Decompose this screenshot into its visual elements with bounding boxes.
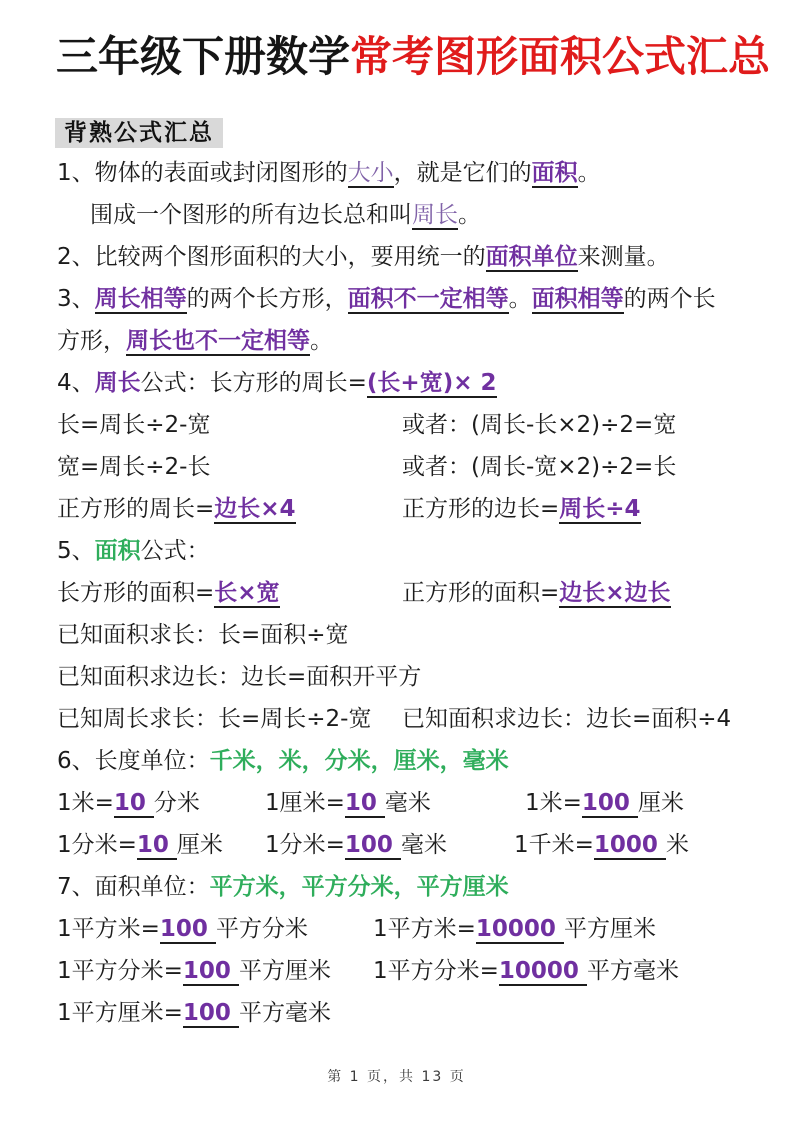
text-chunk: 或者：(周长-宽×2)÷2=长 bbox=[402, 446, 676, 488]
text-chunk: 1分米=10 厘米 bbox=[57, 824, 223, 866]
text-chunk: 正方形的面积=边长×边长 bbox=[402, 572, 671, 614]
text-segment: 1000 bbox=[594, 832, 666, 860]
text-segment: 平方厘米 bbox=[564, 916, 656, 942]
text-segment: 100 bbox=[183, 958, 239, 986]
text-segment: 面积不一定相等 bbox=[348, 286, 509, 314]
text-chunk: 1米=100 厘米 bbox=[525, 782, 684, 824]
text-segment: 围成一个图形的所有边长总和叫 bbox=[90, 202, 412, 228]
text-line: 1平方分米=100 平方厘米1平方分米=10000 平方毫米 bbox=[57, 950, 767, 992]
text-segment: 平方毫米 bbox=[239, 1000, 331, 1026]
text-line: 1平方米=100 平方分米1平方米=10000 平方厘米 bbox=[57, 908, 767, 950]
text-segment: 已知面积求边长：边长=面积÷4 bbox=[402, 706, 731, 732]
text-segment: 边长×4 bbox=[214, 496, 295, 524]
page-title: 三年级下册数学常考图形面积公式汇总 bbox=[56, 32, 770, 84]
text-segment: 10 bbox=[345, 790, 385, 818]
text-segment: 10000 bbox=[476, 916, 564, 944]
text-segment: 周长相等 bbox=[95, 286, 187, 314]
text-line: 1平方厘米=100 平方毫米 bbox=[57, 992, 767, 1034]
text-chunk: 1分米=100 毫米 bbox=[265, 824, 447, 866]
text-segment: 7、面积单位： bbox=[57, 874, 210, 900]
text-line: 1米=10 分米1厘米=10 毫米1米=100 厘米 bbox=[57, 782, 767, 824]
text-line: 7、面积单位：平方米，平方分米，平方厘米 bbox=[57, 866, 767, 908]
text-segment: 公式：长方形的周长= bbox=[141, 370, 367, 396]
text-chunk: 1平方米=100 平方分米 bbox=[57, 908, 308, 950]
text-segment: 毫米 bbox=[385, 790, 431, 816]
text-segment: 的两个长方形， bbox=[187, 286, 348, 312]
text-chunk: 7、面积单位：平方米，平方分米，平方厘米 bbox=[57, 866, 509, 908]
text-line: 1分米=10 厘米1分米=100 毫米1千米=1000 米 bbox=[57, 824, 767, 866]
text-line: 5、面积公式： bbox=[57, 530, 767, 572]
text-chunk: 1、物体的表面或封闭图形的大小，就是它们的面积。 bbox=[57, 152, 601, 194]
text-chunk: 1厘米=10 毫米 bbox=[265, 782, 431, 824]
text-segment: 面积单位 bbox=[486, 244, 578, 272]
text-segment: 周长 bbox=[95, 370, 141, 396]
text-segment: 10000 bbox=[499, 958, 587, 986]
text-line: 已知面积求长：长=面积÷宽 bbox=[57, 614, 767, 656]
text-segment: 平方毫米 bbox=[587, 958, 679, 984]
text-segment: 100 bbox=[345, 832, 401, 860]
text-segment: 周长÷4 bbox=[559, 496, 640, 524]
text-segment: 平方分米 bbox=[216, 916, 308, 942]
page-title-black: 三年级下册数学 bbox=[56, 35, 350, 81]
text-chunk: 6、长度单位：千米，米，分米，厘米，毫米 bbox=[57, 740, 509, 782]
text-line: 3、周长相等的两个长方形，面积不一定相等。面积相等的两个长 bbox=[57, 278, 767, 320]
text-chunk: 已知面积求边长：边长=面积开平方 bbox=[57, 656, 421, 698]
text-segment: 长方形的面积= bbox=[57, 580, 214, 606]
text-segment: 宽=周长÷2-长 bbox=[57, 454, 210, 480]
text-segment: 6、长度单位： bbox=[57, 748, 210, 774]
text-segment: 。 bbox=[458, 202, 481, 228]
text-segment: 分米 bbox=[154, 790, 200, 816]
text-segment: 100 bbox=[582, 790, 638, 818]
text-segment: 4、 bbox=[57, 370, 95, 396]
text-segment: 方形， bbox=[57, 328, 126, 354]
text-segment: 长×宽 bbox=[214, 580, 279, 608]
text-line: 宽=周长÷2-长或者：(周长-宽×2)÷2=长 bbox=[57, 446, 767, 488]
text-segment: 边长×边长 bbox=[559, 580, 670, 608]
text-chunk: 正方形的边长=周长÷4 bbox=[402, 488, 641, 530]
text-segment: 1米= bbox=[57, 790, 114, 816]
text-segment: 平方米，平方分米，平方厘米 bbox=[210, 874, 509, 900]
text-segment: 平方厘米 bbox=[239, 958, 331, 984]
text-segment: 千米，米，分米，厘米，毫米 bbox=[210, 748, 509, 774]
text-segment: 已知面积求边长：边长=面积开平方 bbox=[57, 664, 421, 690]
text-segment: 1平方厘米= bbox=[57, 1000, 183, 1026]
text-chunk: 1平方分米=10000 平方毫米 bbox=[373, 950, 679, 992]
text-segment: (长+宽)× 2 bbox=[367, 370, 497, 398]
text-chunk: 方形，周长也不一定相等。 bbox=[57, 320, 333, 362]
text-chunk: 已知周长求长：长=周长÷2-宽 bbox=[57, 698, 371, 740]
text-segment: 1米= bbox=[525, 790, 582, 816]
text-segment: 或者：(周长-长×2)÷2=宽 bbox=[402, 412, 676, 438]
text-segment: 已知面积求长：长=面积÷宽 bbox=[57, 622, 349, 648]
text-segment: 厘米 bbox=[638, 790, 684, 816]
text-segment: 周长也不一定相等 bbox=[126, 328, 310, 356]
text-segment: 大小 bbox=[348, 160, 394, 188]
text-chunk: 1千米=1000 米 bbox=[514, 824, 689, 866]
text-segment: 米 bbox=[666, 832, 689, 858]
text-chunk: 宽=周长÷2-长 bbox=[57, 446, 210, 488]
text-segment: 正方形的周长= bbox=[57, 496, 214, 522]
text-segment: 。 bbox=[310, 328, 333, 354]
text-chunk: 1平方分米=100 平方厘米 bbox=[57, 950, 331, 992]
text-segment: 1厘米= bbox=[265, 790, 345, 816]
text-segment: 1平方分米= bbox=[57, 958, 183, 984]
text-line: 方形，周长也不一定相等。 bbox=[57, 320, 767, 362]
text-chunk: 5、面积公式： bbox=[57, 530, 210, 572]
text-line: 已知面积求边长：边长=面积开平方 bbox=[57, 656, 767, 698]
text-segment: 1、物体的表面或封闭图形的 bbox=[57, 160, 348, 186]
text-segment: 面积 bbox=[95, 538, 141, 564]
text-segment: 厘米 bbox=[177, 832, 223, 858]
text-segment: 的两个长 bbox=[624, 286, 716, 312]
text-chunk: 已知面积求长：长=面积÷宽 bbox=[57, 614, 349, 656]
text-segment: 1平方分米= bbox=[373, 958, 499, 984]
text-segment: 面积 bbox=[532, 160, 578, 188]
text-segment: 来测量。 bbox=[578, 244, 670, 270]
text-chunk: 3、周长相等的两个长方形，面积不一定相等。面积相等的两个长 bbox=[57, 278, 716, 320]
text-chunk: 已知面积求边长：边长=面积÷4 bbox=[402, 698, 731, 740]
text-line: 6、长度单位：千米，米，分米，厘米，毫米 bbox=[57, 740, 767, 782]
text-segment: 1分米= bbox=[57, 832, 137, 858]
text-line: 已知周长求长：长=周长÷2-宽已知面积求边长：边长=面积÷4 bbox=[57, 698, 767, 740]
text-segment: 5、 bbox=[57, 538, 95, 564]
text-segment: 正方形的面积= bbox=[402, 580, 559, 606]
text-line: 长=周长÷2-宽或者：(周长-长×2)÷2=宽 bbox=[57, 404, 767, 446]
content-lines: 1、物体的表面或封闭图形的大小，就是它们的面积。围成一个图形的所有边长总和叫周长… bbox=[57, 152, 767, 1034]
text-line: 2、比较两个图形面积的大小，要用统一的面积单位来测量。 bbox=[57, 236, 767, 278]
section-label: 背熟公式汇总 bbox=[55, 118, 223, 148]
text-chunk: 长方形的面积=长×宽 bbox=[57, 572, 280, 614]
text-segment: 或者：(周长-宽×2)÷2=长 bbox=[402, 454, 676, 480]
text-chunk: 1平方米=10000 平方厘米 bbox=[373, 908, 656, 950]
text-chunk: 1平方厘米=100 平方毫米 bbox=[57, 992, 331, 1034]
text-segment: 长=周长÷2-宽 bbox=[57, 412, 210, 438]
text-segment: 1平方米= bbox=[373, 916, 476, 942]
document-page: 三年级下册数学常考图形面积公式汇总 背熟公式汇总 1、物体的表面或封闭图形的大小… bbox=[0, 0, 793, 1122]
text-line: 围成一个图形的所有边长总和叫周长。 bbox=[57, 194, 767, 236]
text-chunk: 长=周长÷2-宽 bbox=[57, 404, 210, 446]
text-segment: 。 bbox=[578, 160, 601, 186]
text-segment: 面积相等 bbox=[532, 286, 624, 314]
text-chunk: 4、周长公式：长方形的周长=(长+宽)× 2 bbox=[57, 362, 497, 404]
text-chunk: 1米=10 分米 bbox=[57, 782, 200, 824]
text-segment: 1千米= bbox=[514, 832, 594, 858]
text-segment: 。 bbox=[509, 286, 532, 312]
text-segment: 1分米= bbox=[265, 832, 345, 858]
text-segment: 毫米 bbox=[401, 832, 447, 858]
text-segment: 100 bbox=[160, 916, 216, 944]
text-line: 4、周长公式：长方形的周长=(长+宽)× 2 bbox=[57, 362, 767, 404]
text-chunk: 2、比较两个图形面积的大小，要用统一的面积单位来测量。 bbox=[57, 236, 670, 278]
text-segment: 公式： bbox=[141, 538, 210, 564]
text-line: 长方形的面积=长×宽正方形的面积=边长×边长 bbox=[57, 572, 767, 614]
text-segment: 10 bbox=[114, 790, 154, 818]
text-segment: ，就是它们的 bbox=[394, 160, 532, 186]
text-segment: 10 bbox=[137, 832, 177, 860]
text-segment: 已知周长求长：长=周长÷2-宽 bbox=[57, 706, 371, 732]
text-segment: 3、 bbox=[57, 286, 95, 312]
text-chunk: 围成一个图形的所有边长总和叫周长。 bbox=[90, 194, 481, 236]
text-segment: 100 bbox=[183, 1000, 239, 1028]
text-chunk: 正方形的周长=边长×4 bbox=[57, 488, 296, 530]
text-segment: 周长 bbox=[412, 202, 458, 230]
page-number: 第 1 页，共 13 页 bbox=[0, 1066, 793, 1086]
page-title-red: 常考图形面积公式汇总 bbox=[350, 35, 770, 81]
text-segment: 1平方米= bbox=[57, 916, 160, 942]
text-chunk: 或者：(周长-长×2)÷2=宽 bbox=[402, 404, 676, 446]
text-line: 1、物体的表面或封闭图形的大小，就是它们的面积。 bbox=[57, 152, 767, 194]
text-segment: 正方形的边长= bbox=[402, 496, 559, 522]
text-line: 正方形的周长=边长×4正方形的边长=周长÷4 bbox=[57, 488, 767, 530]
text-segment: 2、比较两个图形面积的大小，要用统一的 bbox=[57, 244, 486, 270]
